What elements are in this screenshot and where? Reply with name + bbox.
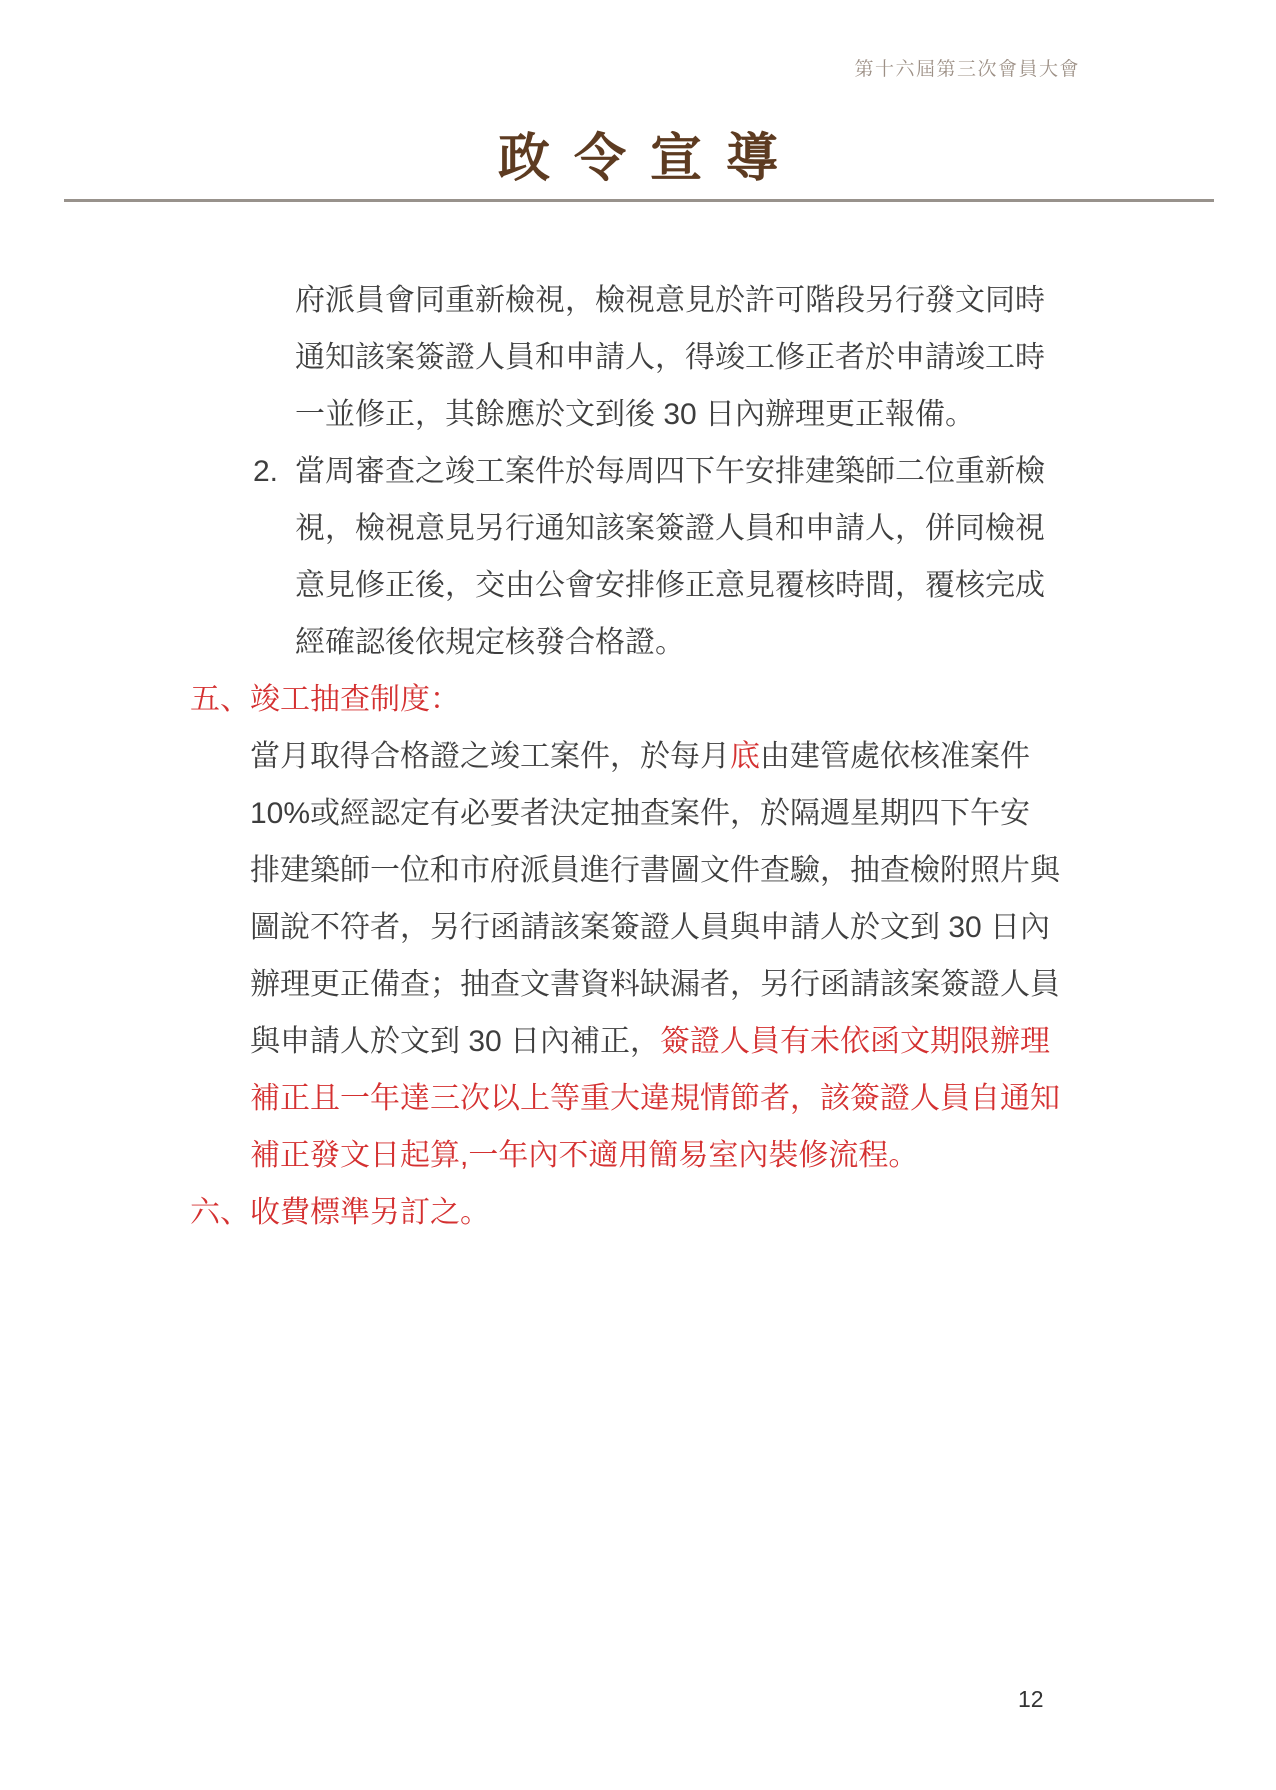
section5-paragraph-line: 10%或經認定有必要者決定抽查案件，於隔週星期四下午安 xyxy=(0,785,1276,842)
title-divider xyxy=(64,199,1214,202)
section5-paragraph-line: 排建築師一位和市府派員進行書圖文件查驗，抽查檢附照片與 xyxy=(0,842,1276,899)
section6-heading-text: 收費標準另訂之。 xyxy=(250,1196,490,1229)
section5-heading: 五、竣工抽查制度： xyxy=(0,671,1276,728)
section5-paragraph-line-red: 補正發文日起算,一年內不適用簡易室內裝修流程。 xyxy=(0,1127,1276,1184)
section5-heading-text: 竣工抽查制度： xyxy=(250,683,460,716)
section5-paragraph-line: 與申請人於文到 30 日內補正，簽證人員有未依函文期限辦理 xyxy=(0,1013,1276,1070)
item2-first-line: 2.當周審查之竣工案件於每周四下午安排建築師二位重新檢 xyxy=(0,443,1276,500)
page-number: 12 xyxy=(1018,1686,1044,1713)
item1-continuation-line: 一並修正，其餘應於文到後 30 日內辦理更正報備。 xyxy=(0,386,1276,443)
page-title: 政令宣導 xyxy=(0,116,1276,191)
section6-number: 六、 xyxy=(190,1184,250,1241)
document-body: 府派員會同重新檢視，檢視意見於許可階段另行發文同時 通知該案簽證人員和申請人，得… xyxy=(0,272,1276,1241)
section5-paragraph-line: 當月取得合格證之竣工案件，於每月底由建管處依核准案件 xyxy=(0,728,1276,785)
section5-paragraph-line: 辦理更正備查；抽查文書資料缺漏者，另行函請該案簽證人員 xyxy=(0,956,1276,1013)
item2-line-text: 當周審查之竣工案件於每周四下午安排建築師二位重新檢 xyxy=(295,455,1045,488)
document-page: 第十六屆第三次會員大會 政令宣導 府派員會同重新檢視，檢視意見於許可階段另行發文… xyxy=(0,0,1276,1790)
section5-number: 五、 xyxy=(190,671,250,728)
item1-continuation-line: 通知該案簽證人員和申請人，得竣工修正者於申請竣工時 xyxy=(0,329,1276,386)
item1-continuation-line: 府派員會同重新檢視，檢視意見於許可階段另行發文同時 xyxy=(0,272,1276,329)
section5-paragraph-line-red: 補正且一年達三次以上等重大違規情節者，該簽證人員自通知 xyxy=(0,1070,1276,1127)
paragraph-text-black: 由建管處依核准案件 xyxy=(760,740,1030,773)
paragraph-text-black: 當月取得合格證之竣工案件，於每月 xyxy=(250,740,730,773)
item2-line: 經確認後依規定核發合格證。 xyxy=(0,614,1276,671)
paragraph-text-black: 與申請人於文到 30 日內補正， xyxy=(250,1025,660,1058)
section5-paragraph-line: 圖說不符者，另行函請該案簽證人員與申請人於文到 30 日內 xyxy=(0,899,1276,956)
item2-line: 視，檢視意見另行通知該案簽證人員和申請人，併同檢視 xyxy=(0,500,1276,557)
item2-number: 2. xyxy=(253,443,295,500)
paragraph-text-red: 簽證人員有未依函文期限辦理 xyxy=(660,1025,1050,1058)
section6-heading: 六、收費標準另訂之。 xyxy=(0,1184,1276,1241)
paragraph-text-red-highlight: 底 xyxy=(730,740,760,773)
item2-line: 意見修正後，交由公會安排修正意見覆核時間，覆核完成 xyxy=(0,557,1276,614)
page-header: 第十六屆第三次會員大會 xyxy=(854,54,1080,81)
